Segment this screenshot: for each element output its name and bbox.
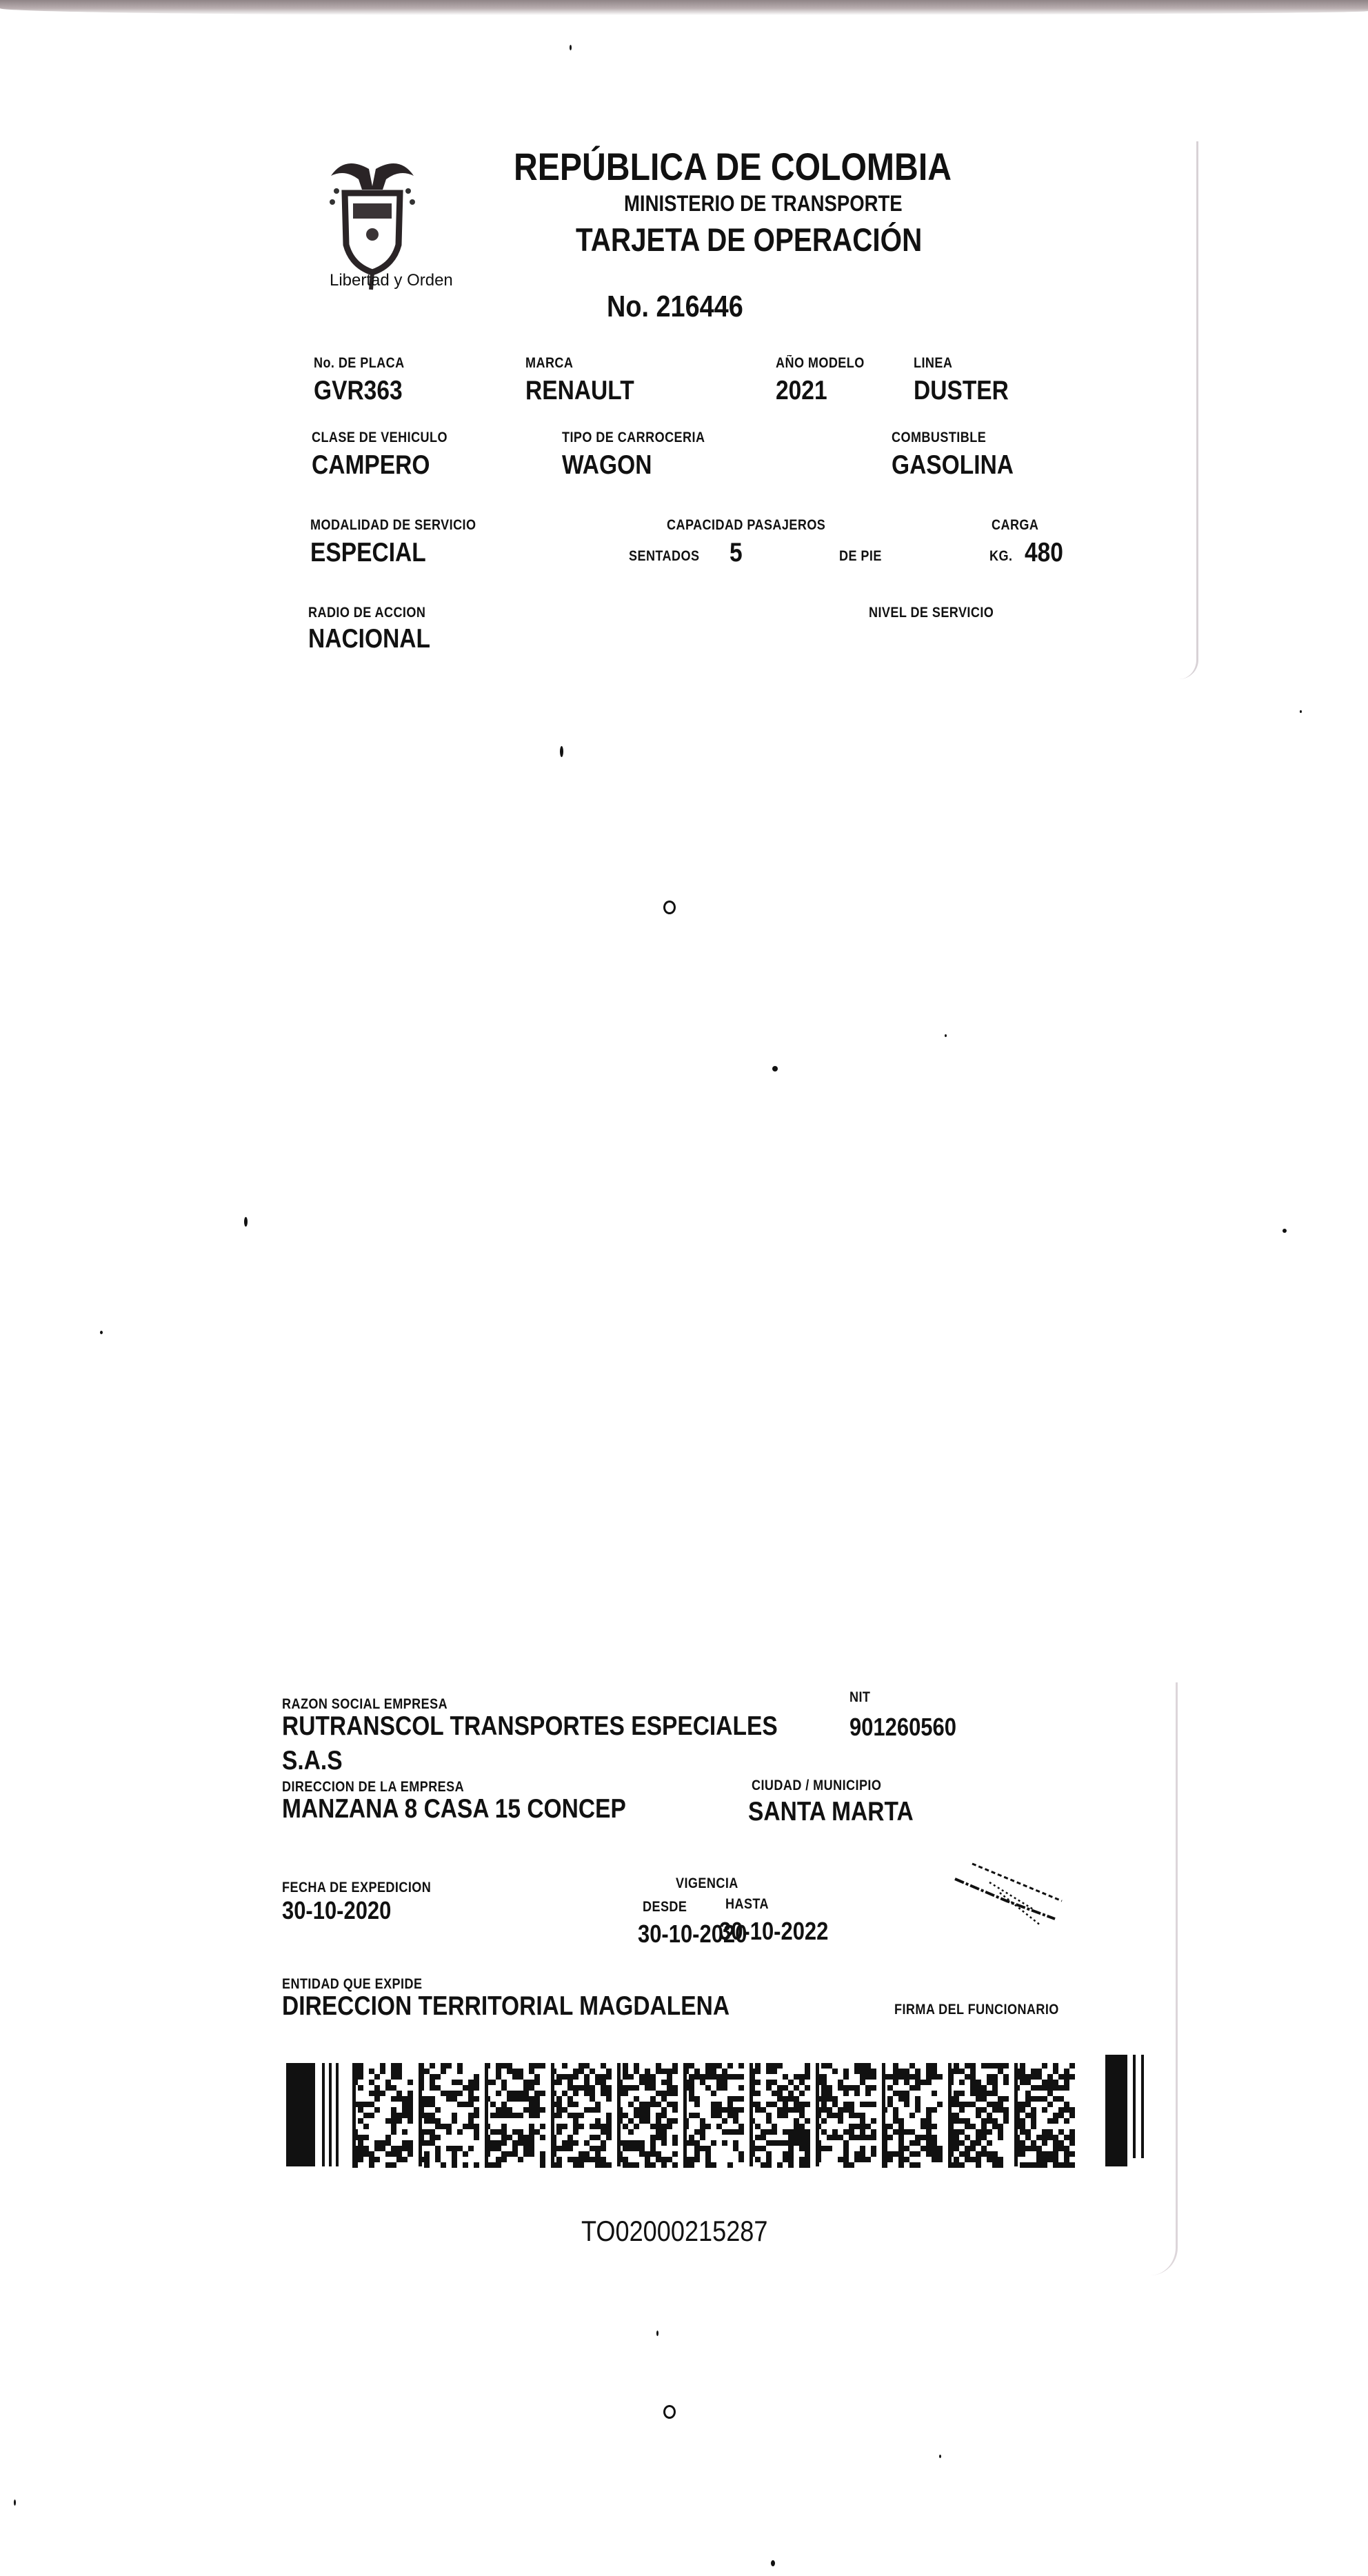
- scan-speck: [939, 2455, 941, 2458]
- scan-speck: [771, 2560, 775, 2566]
- scan-speck: [14, 2499, 16, 2506]
- placa-value: GVR363: [314, 376, 417, 406]
- scan-speck: [663, 2405, 676, 2419]
- fecha-expedicion-label: FECHA DE EXPEDICION: [282, 1880, 455, 1896]
- razon-social-value: RUTRANSCOL TRANSPORTES ESPECIALES: [282, 1711, 858, 1742]
- entidad-label: ENTIDAD QUE EXPIDE: [282, 1976, 445, 1993]
- scan-speck: [663, 900, 676, 914]
- sentados-label: SENTADOS: [629, 548, 711, 565]
- vigencia-label: VIGENCIA: [676, 1875, 749, 1892]
- nit-value: 901260560: [849, 1713, 974, 1742]
- de-pie-label: DE PIE: [839, 548, 889, 565]
- hasta-value: 30-10-2022: [719, 1917, 846, 1946]
- marca-label: MARCA: [525, 355, 581, 372]
- desde-label: DESDE: [643, 1899, 694, 1915]
- coat-of-arms-motto: Libertad y Orden: [330, 271, 453, 290]
- document-title: TARJETA DE OPERACIÓN: [576, 221, 978, 259]
- linea-value: DUSTER: [914, 376, 1024, 406]
- ministry-subtitle: MINISTERIO DE TRANSPORTE: [624, 191, 947, 217]
- nivel-label: NIVEL DE SERVICIO: [869, 605, 1014, 621]
- pdf417-barcode-icon: [286, 2055, 1145, 2171]
- card-back: RAZON SOCIAL EMPRESA RUTRANSCOL TRANSPOR…: [272, 1682, 1178, 2275]
- capacidad-label: CAPACIDAD PASAJEROS: [667, 517, 852, 534]
- document-code: TO02000215287: [581, 2215, 798, 2248]
- razon-social-label: RAZON SOCIAL EMPRESA: [282, 1696, 474, 1713]
- hasta-label: HASTA: [725, 1896, 776, 1913]
- modalidad-label: MODALIDAD DE SERVICIO: [310, 517, 503, 534]
- carroceria-value: WAGON: [562, 450, 667, 481]
- firma-label: FIRMA DEL FUNCIONARIO: [894, 2002, 1086, 2018]
- card-front: Libertad y Orden REPÚBLICA DE COLOMBIA M…: [276, 141, 1198, 679]
- combustible-label: COMBUSTIBLE: [892, 430, 1002, 446]
- carga-label: CARGA: [992, 517, 1047, 534]
- sentados-value: 5: [730, 538, 745, 568]
- scan-speck: [100, 1331, 103, 1334]
- carga-unit: KG.: [989, 548, 1016, 565]
- card-number: No. 216446: [607, 290, 765, 324]
- radio-label: RADIO DE ACCION: [308, 605, 445, 621]
- radio-value: NACIONAL: [308, 624, 450, 654]
- scan-speck: [570, 45, 572, 50]
- scan-speck: [1282, 1229, 1287, 1233]
- scan-speck: [244, 1217, 248, 1227]
- clase-value: CAMPERO: [312, 450, 449, 481]
- modelo-label: AÑO MODELO: [776, 355, 879, 372]
- modelo-value: 2021: [776, 376, 836, 406]
- placa-label: No. DE PLACA: [314, 355, 419, 372]
- modalidad-value: ESPECIAL: [310, 538, 445, 568]
- combustible-value: GASOLINA: [892, 450, 1034, 481]
- scan-speck: [560, 746, 563, 757]
- linea-label: LINEA: [914, 355, 959, 372]
- scan-speck: [945, 1034, 947, 1037]
- razon-social-value-line2: S.A.S: [282, 1746, 352, 1776]
- entidad-value: DIRECCION TERRITORIAL MAGDALENA: [282, 1991, 803, 2022]
- scan-speck: [656, 2331, 658, 2336]
- ciudad-label: CIUDAD / MUNICIPIO: [752, 1778, 903, 1794]
- country-title: REPÚBLICA DE COLOMBIA: [514, 144, 1023, 189]
- ciudad-value: SANTA MARTA: [748, 1797, 941, 1827]
- clase-label: CLASE DE VEHICULO: [312, 430, 470, 446]
- direccion-value: MANZANA 8 CASA 15 CONCEP: [282, 1794, 682, 1824]
- nit-label: NIT: [849, 1689, 874, 1706]
- scan-speck: [1300, 710, 1302, 713]
- scanner-shadow: [0, 0, 1368, 15]
- scan-speck: [772, 1066, 778, 1071]
- carroceria-label: TIPO DE CARROCERIA: [562, 430, 728, 446]
- signature-scribble-icon: [952, 1858, 1069, 1941]
- marca-value: RENAULT: [525, 376, 652, 406]
- direccion-label: DIRECCION DE LA EMPRESA: [282, 1779, 494, 1795]
- carga-value: 480: [1025, 538, 1069, 568]
- fecha-expedicion-value: 30-10-2020: [282, 1896, 409, 1925]
